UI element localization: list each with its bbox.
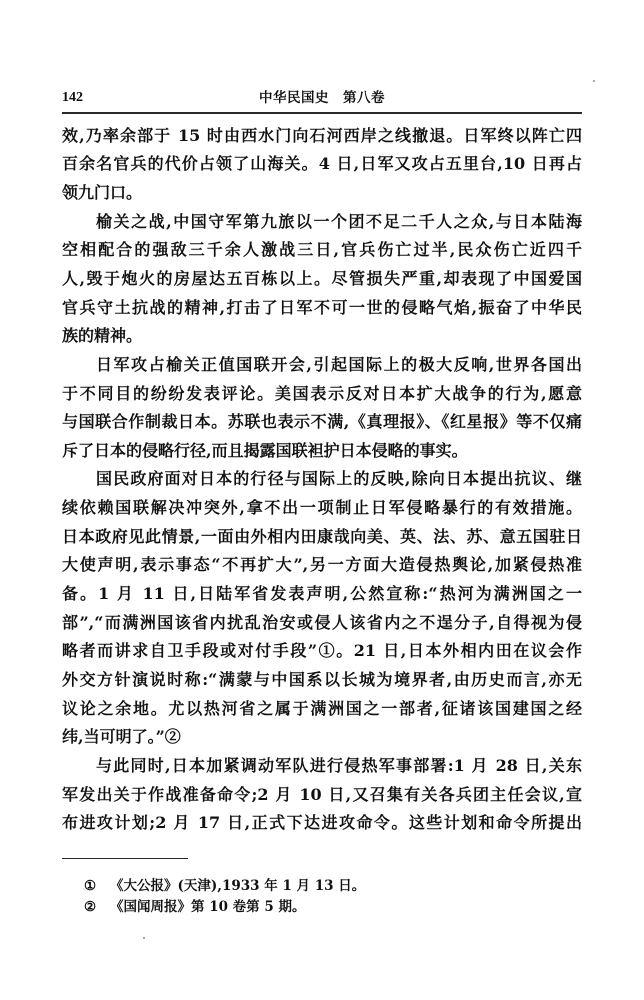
text-line: 效,乃率余部于 15 时由西水门向石河西岸之线撤退。日军终以阵亡四 [62, 122, 582, 151]
text-line: 续依赖国联解决冲突外,拿不出一项制止日军侵略暴行的有效措施。 [62, 494, 582, 523]
text-line: 与此同时,日本加紧调动军队进行侵热军事部署:1 月 28 日,关东 [62, 752, 582, 781]
footnote: ① 《大公报》(天津),1933 年 1 月 13 日。 [62, 876, 582, 897]
paragraph: 日军攻占榆关正值国联开会,引起国际上的极大反响,世界各国出 于不同目的纷纷发表评… [62, 351, 582, 466]
book-title: 中华民国史 第八卷 [62, 88, 582, 108]
footnote-text: 《国闻周报》第 10 卷第 5 期。 [110, 897, 305, 918]
text-line: 外交方针演说时称:“满蒙与中国系以长城为境界者,由历史而言,亦无 [62, 666, 582, 695]
text-line: 略者而讲求自卫手段或对付手段”①。21 日,日本外相内田在议会作 [62, 637, 582, 666]
text-line: 大使声明,表示事态“不再扩大”,另一方面大造侵热舆论,加紧侵热准 [62, 551, 582, 580]
text-line: 族的精神。 [62, 322, 582, 351]
text-line: 日军攻占榆关正值国联开会,引起国际上的极大反响,世界各国出 [62, 351, 582, 380]
scan-speck [143, 937, 145, 939]
text-line: 斥了日本的侵略行径,而且揭露国联袒护日本侵略的事实。 [62, 437, 582, 466]
footnote: ② 《国闻周报》第 10 卷第 5 期。 [62, 897, 582, 918]
text-line: 于不同目的纷纷发表评论。美国表示反对日本扩大战争的行为,愿意 [62, 380, 582, 409]
footnote-marker: ② [84, 897, 96, 918]
text-line: 纬,当可明了。”② [62, 723, 582, 752]
text-line: 部”,“而满洲国该省内扰乱治安或侵人该省内之不逞分子,自得视为侵 [62, 609, 582, 638]
body-text: 效,乃率余部于 15 时由西水门向石河西岸之线撤退。日军终以阵亡四 百余名官兵的… [62, 122, 582, 838]
paragraph: 榆关之战,中国守军第九旅以一个团不足二千人之众,与日本陆海 空相配合的强敌三千余… [62, 208, 582, 351]
book-page: 142 中华民国史 第八卷 效,乃率余部于 15 时由西水门向石河西岸之线撤退。… [0, 0, 644, 1000]
text-line: 日本政府见此情景,一面由外相内田康哉向美、英、法、苏、意五国驻日 [62, 523, 582, 552]
text-line: 百余名官兵的代价占领了山海关。4 日,日军又攻占五里台,10 日再占 [62, 150, 582, 179]
text-line: 空相配合的强敌三千余人激战三日,官兵伤亡过半,民众伤亡近四千 [62, 236, 582, 265]
footnote-marker: ① [84, 876, 96, 897]
text-line: 布进攻计划;2 月 17 日,正式下达进攻命令。这些计划和命令所提出 [62, 809, 582, 838]
text-line: 议论之余地。尤以热河省之属于满洲国之一部者,征诸该国建国之经 [62, 695, 582, 724]
text-line: 国民政府面对日本的行径与国际上的反映,除向日本提出抗议、继 [62, 465, 582, 494]
footnotes: ① 《大公报》(天津),1933 年 1 月 13 日。 ② 《国闻周报》第 1… [62, 876, 582, 918]
text-line: 官兵守土抗战的精神,打击了日军不可一世的侵略气焰,振奋了中华民 [62, 294, 582, 323]
paragraph: 效,乃率余部于 15 时由西水门向石河西岸之线撤退。日军终以阵亡四 百余名官兵的… [62, 122, 582, 208]
text-line: 榆关之战,中国守军第九旅以一个团不足二千人之众,与日本陆海 [62, 208, 582, 237]
paragraph: 与此同时,日本加紧调动军队进行侵热军事部署:1 月 28 日,关东 军发出关于作… [62, 752, 582, 838]
footnote-rule [62, 858, 188, 859]
text-line: 军发出关于作战准备命令;2 月 10 日,又召集有关各兵团主任会议,宣 [62, 781, 582, 810]
running-header: 142 中华民国史 第八卷 [62, 88, 582, 108]
header-rule [62, 112, 582, 114]
text-line: 与国联合作制裁日本。苏联也表示不满,《真理报》、《红星报》等不仅痛 [62, 408, 582, 437]
footnote-text: 《大公报》(天津),1933 年 1 月 13 日。 [110, 876, 365, 897]
scan-speck [593, 80, 595, 82]
text-line: 人,毁于炮火的房屋达五百栋以上。尽管损失严重,却表现了中国爱国 [62, 265, 582, 294]
text-line: 备。1 月 11 日,日陆军省发表声明,公然宣称:“热河为满洲国之一 [62, 580, 582, 609]
paragraph: 国民政府面对日本的行径与国际上的反映,除向日本提出抗议、继 续依赖国联解决冲突外… [62, 465, 582, 752]
text-line: 领九门口。 [62, 179, 582, 208]
